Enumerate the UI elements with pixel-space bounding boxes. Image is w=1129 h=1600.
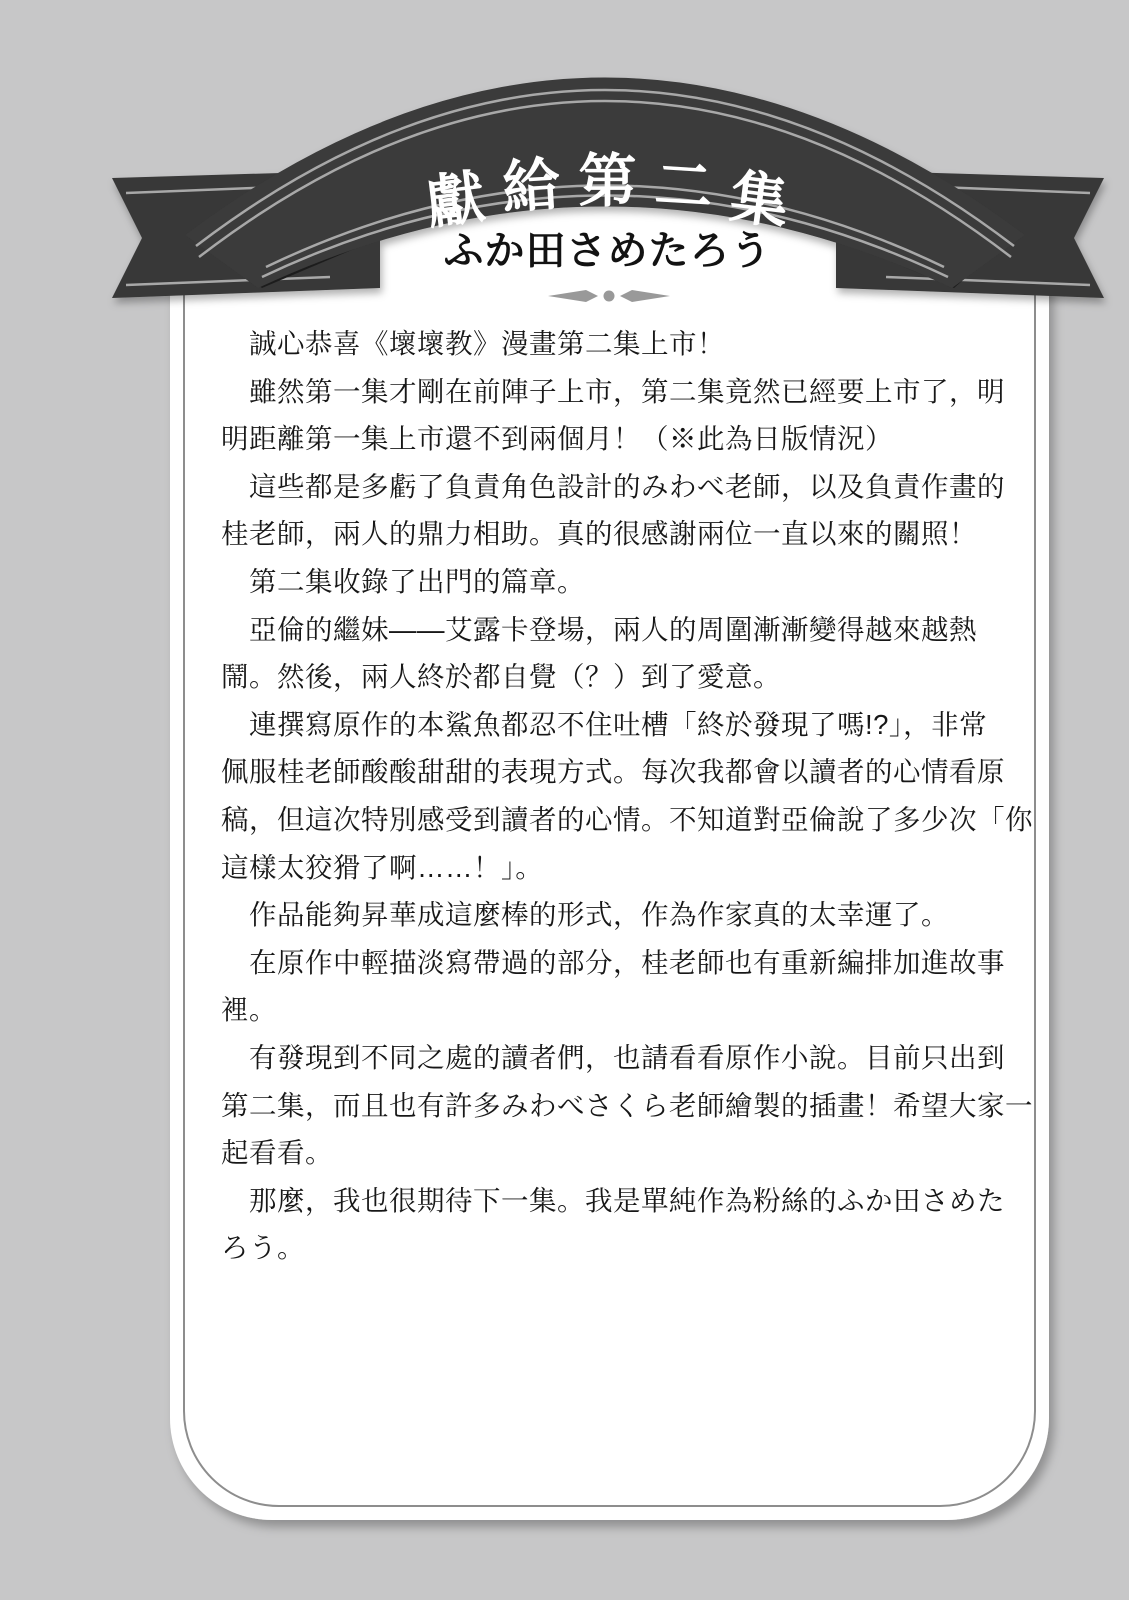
- text-line: 第二集收錄了出門的篇章。: [221, 558, 1041, 606]
- afterword-page: 獻給第二集 ふか田さめたろう 誠心恭喜《壞壞教》漫畫第二集上市！ 雖然第一集才剛…: [0, 0, 1129, 1600]
- text-line: 在原作中輕描淡寫帶過的部分，桂老師也有重新編排加進故事: [221, 939, 1041, 987]
- text-line: 這些都是多虧了負責角色設計的みわべ老師，以及負責作畫的: [221, 463, 1041, 511]
- text-line: 起看看。: [221, 1129, 1041, 1177]
- text-line: 誠心恭喜《壞壞教》漫畫第二集上市！: [221, 320, 1041, 368]
- text-line: 佩服桂老師酸酸甜甜的表現方式。每次我都會以讀者的心情看原: [221, 748, 1041, 796]
- text-line: 稿，但這次特別感受到讀者的心情。不知道對亞倫說了多少次「你: [221, 796, 1041, 844]
- text-line: 這樣太狡猾了啊……！」。: [221, 844, 1041, 892]
- text-line: 那麼，我也很期待下一集。我是單純作為粉絲的ふか田さめた: [221, 1177, 1041, 1225]
- text-line: 雖然第一集才剛在前陣子上市，第二集竟然已經要上市了，明: [221, 368, 1041, 416]
- text-line: 連撰寫原作的本鯊魚都忍不住吐槽「終於發現了嗎!?」，非常: [221, 701, 1041, 749]
- afterword-text: 誠心恭喜《壞壞教》漫畫第二集上市！ 雖然第一集才剛在前陣子上市，第二集竟然已經要…: [221, 320, 1041, 1272]
- text-line: 有發現到不同之處的讀者們，也請看看原作小說。目前只出到: [221, 1034, 1041, 1082]
- text-line: 裡。: [221, 986, 1041, 1034]
- author-name: ふか田さめたろう: [170, 219, 1045, 276]
- text-line: ろう。: [221, 1224, 1041, 1272]
- divider-ornament: [548, 287, 670, 305]
- text-line: 作品能夠昇華成這麼棒的形式，作為作家真的太幸運了。: [221, 891, 1041, 939]
- text-line: 明距離第一集上市還不到兩個月！（※此為日版情況）: [221, 415, 1041, 463]
- text-line: 桂老師，兩人的鼎力相助。真的很感謝兩位一直以來的關照！: [221, 510, 1041, 558]
- text-line: 第二集，而且也有許多みわべさくら老師繪製的插畫！希望大家一: [221, 1082, 1041, 1130]
- text-line: 亞倫的繼妹——艾露卡登場，兩人的周圍漸漸變得越來越熱: [221, 606, 1041, 654]
- text-line: 鬧。然後，兩人終於都自覺（？）到了愛意。: [221, 653, 1041, 701]
